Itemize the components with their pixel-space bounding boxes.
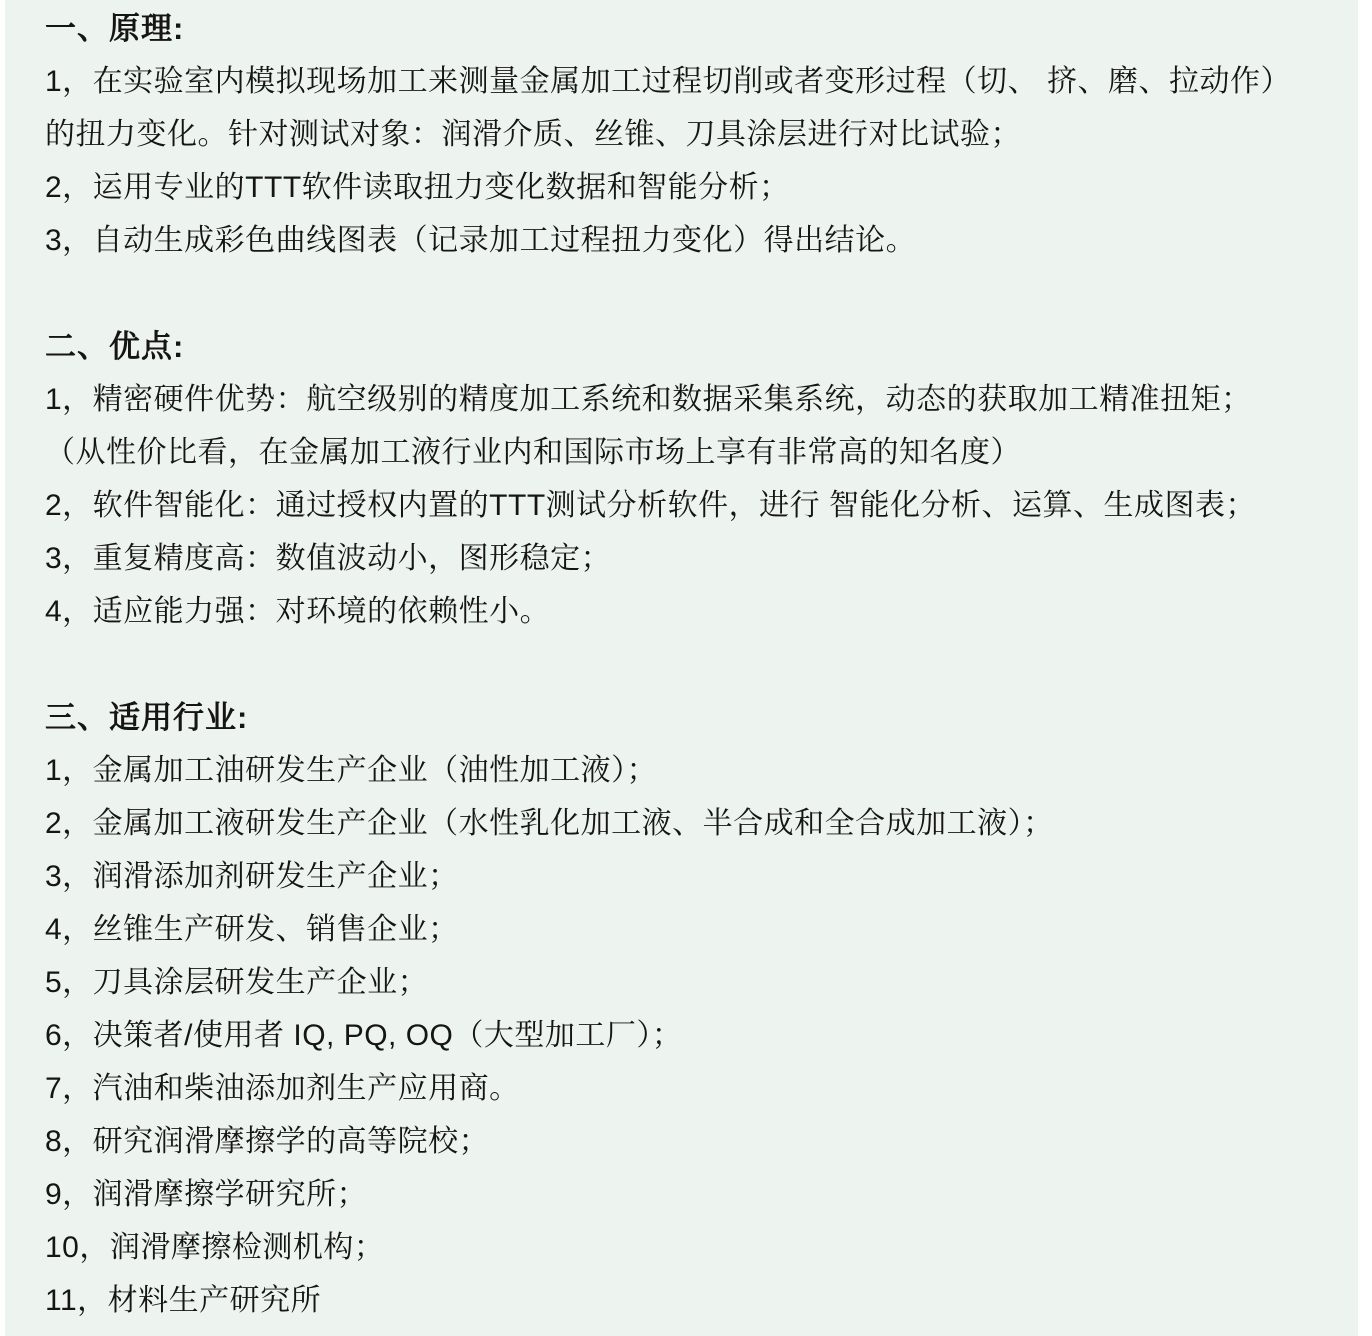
- text-line: 的扭力变化。针对测试对象：润滑介质、丝锥、刀具涂层进行对比试验；: [45, 108, 1358, 161]
- text-line: 2，运用专业的TTT软件读取扭力变化数据和智能分析；: [45, 161, 1358, 214]
- text-line: （从性价比看，在金属加工液行业内和国际市场上享有非常高的知名度）: [45, 426, 1358, 479]
- text-line: 2，金属加工液研发生产企业（水性乳化加工液、半合成和全合成加工液）；: [45, 797, 1358, 850]
- text-line: 1，金属加工油研发生产企业（油性加工液）；: [45, 744, 1358, 797]
- text-line: 2，软件智能化：通过授权内置的TTT测试分析软件，进行 智能化分析、运算、生成图…: [45, 479, 1358, 532]
- text-line: 3，自动生成彩色曲线图表（记录加工过程扭力变化）得出结论。: [45, 214, 1358, 267]
- section-industries: 三、适用行业: 1，金属加工油研发生产企业（油性加工液）； 2，金属加工液研发生…: [45, 691, 1358, 1327]
- section-advantages: 二、优点: 1，精密硬件优势：航空级别的精度加工系统和数据采集系统，动态的获取加…: [45, 320, 1358, 638]
- text-line: 9，润滑摩擦学研究所；: [45, 1168, 1358, 1221]
- document-page: 一、原理: 1，在实验室内模拟现场加工来测量金属加工过程切削或者变形过程（切、 …: [0, 0, 1372, 1336]
- text-line: 8，研究润滑摩擦学的高等院校；: [45, 1115, 1358, 1168]
- text-line: 1，精密硬件优势：航空级别的精度加工系统和数据采集系统，动态的获取加工精准扭矩；: [45, 373, 1358, 426]
- document-content: 一、原理: 1，在实验室内模拟现场加工来测量金属加工过程切削或者变形过程（切、 …: [5, 0, 1358, 1336]
- text-line: 4，适应能力强：对环境的依赖性小。: [45, 585, 1358, 638]
- text-line: 4，丝锥生产研发、销售企业；: [45, 903, 1358, 956]
- text-line: 6，决策者/使用者 IQ, PQ, OQ（大型加工厂）；: [45, 1009, 1358, 1062]
- text-line: 10，润滑摩擦检测机构；: [45, 1221, 1358, 1274]
- text-line: 3，润滑添加剂研发生产企业；: [45, 850, 1358, 903]
- text-line: 7，汽油和柴油添加剂生产应用商。: [45, 1062, 1358, 1115]
- section-heading-industries: 三、适用行业:: [45, 691, 1358, 744]
- text-line: 5，刀具涂层研发生产企业；: [45, 956, 1358, 1009]
- text-line: 1，在实验室内模拟现场加工来测量金属加工过程切削或者变形过程（切、 挤、磨、拉动…: [45, 55, 1358, 108]
- text-line: 11，材料生产研究所: [45, 1274, 1358, 1327]
- section-heading-principle: 一、原理:: [45, 2, 1358, 55]
- section-principle: 一、原理: 1，在实验室内模拟现场加工来测量金属加工过程切削或者变形过程（切、 …: [45, 2, 1358, 267]
- text-line: 3，重复精度高：数值波动小，图形稳定；: [45, 532, 1358, 585]
- section-heading-advantages: 二、优点:: [45, 320, 1358, 373]
